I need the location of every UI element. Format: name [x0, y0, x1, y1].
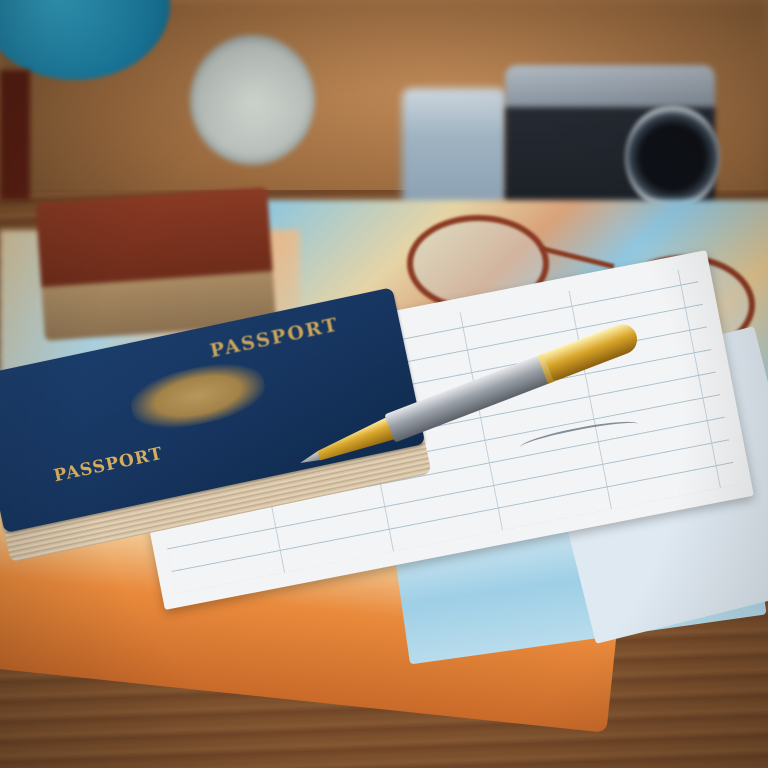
eagle-seal-icon — [126, 355, 270, 438]
eyeglasses-bridge — [541, 246, 615, 269]
passport-title-bottom: PASSPORT — [52, 444, 165, 487]
jar — [402, 88, 507, 208]
brown-book — [35, 187, 276, 341]
camera-lens — [625, 105, 720, 210]
photo-scene: PASSPORT PASSPORT — [0, 0, 768, 768]
globe-stand — [0, 70, 30, 200]
clock — [190, 35, 315, 165]
